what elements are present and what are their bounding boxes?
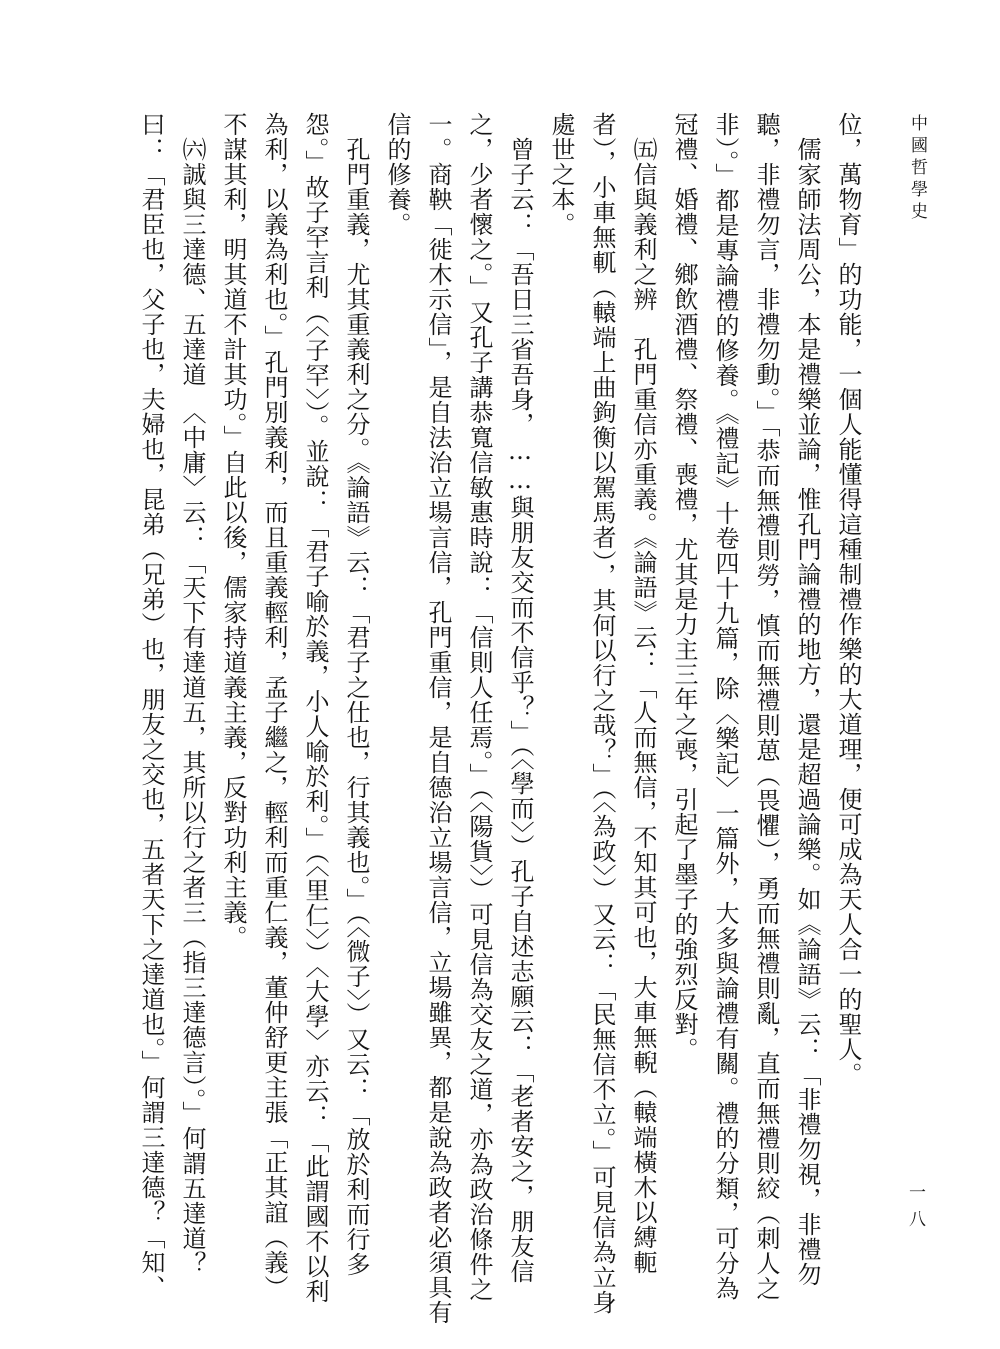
- text-column: 曾子云：「吾日三省吾身，……與朋友交而不信乎？」（〈學而〉）孔子自述志願云：「老…: [499, 112, 540, 1325]
- text-column: 信的修養。: [376, 112, 417, 1325]
- text-column: 不謀其利，明其道不計其功。」自此以後，儒家持道義主義，反對功利主義。: [212, 112, 253, 1325]
- text-column: 處世之本。: [540, 112, 581, 1325]
- text-column: 曰：「君臣也，父子也，夫婦也，昆弟（兄弟）也，朋友之交也，五者天下之達道也。」何…: [130, 112, 171, 1325]
- text-column: ㈤信與義利之辨 孔門重信亦重義。《論語》云：「人而無信，不知其可也，大車無輗（轅…: [622, 112, 663, 1325]
- text-column: 位，萬物育」的功能，一個人能懂得這種制禮作樂的大道理，便可成為天人合一的聖人。: [827, 112, 868, 1325]
- text-column: 者），小車無軏（轅端上曲鉤衡以駕馬者），其何以行之哉？」（〈為政〉）又云：「民無…: [581, 112, 622, 1325]
- text-column: 孔門重義，尤其重義利之分。《論語》云：「君子之仕也，行其義也。」（〈微子〉）又云…: [335, 112, 376, 1325]
- text-column: 聽，非禮勿言，非禮勿動。」「恭而無禮則勞，慎而無禮則葸（畏懼），勇而無禮則亂，直…: [745, 112, 786, 1325]
- text-column: 冠禮、婚禮、鄉飲酒禮、祭禮、喪禮，尤其是力主三年之喪，引起了墨子的強烈反對。: [663, 112, 704, 1325]
- text-column: 怨。」故子罕言利（〈子罕〉）。並說：「君子喻於義，小人喻於利。」（〈里仁〉）〈大…: [294, 112, 335, 1325]
- body-text: 位，萬物育」的功能，一個人能懂得這種制禮作樂的大道理，便可成為天人合一的聖人。儒…: [130, 112, 868, 1325]
- page-number: 一八: [903, 1183, 928, 1237]
- text-column: 儒家師法周公，本是禮樂並論，惟孔門論禮的地方，還是超過論樂。如《論語》云：「非禮…: [786, 112, 827, 1325]
- text-column: 之，少者懷之。」又孔子講恭寬信敏惠時說：「信則人任焉。」（〈陽貨〉）可見信為交友…: [458, 112, 499, 1325]
- text-column: 非）。」都是專論禮的修養。《禮記》十卷四十九篇，除〈樂記〉一篇外，大多與論禮有關…: [704, 112, 745, 1325]
- text-column: 為利，以義為利也。」孔門別義利，而且重義輕利，孟子繼之，輕利而重仁義，董仲舒更主…: [253, 112, 294, 1325]
- text-column: ㈥誠與三達德、五達道 〈中庸〉云：「天下有達道五，其所以行之者三（指三達德言）。…: [171, 112, 212, 1325]
- running-title: 中國哲學史: [905, 114, 930, 224]
- text-column: 一。商鞅「徙木示信」，是自法治立場言信，孔門重信，是自德治立場言信，立場雖異，都…: [417, 112, 458, 1325]
- book-page: 中國哲學史 位，萬物育」的功能，一個人能懂得這種制禮作樂的大道理，便可成為天人合…: [0, 0, 1000, 1349]
